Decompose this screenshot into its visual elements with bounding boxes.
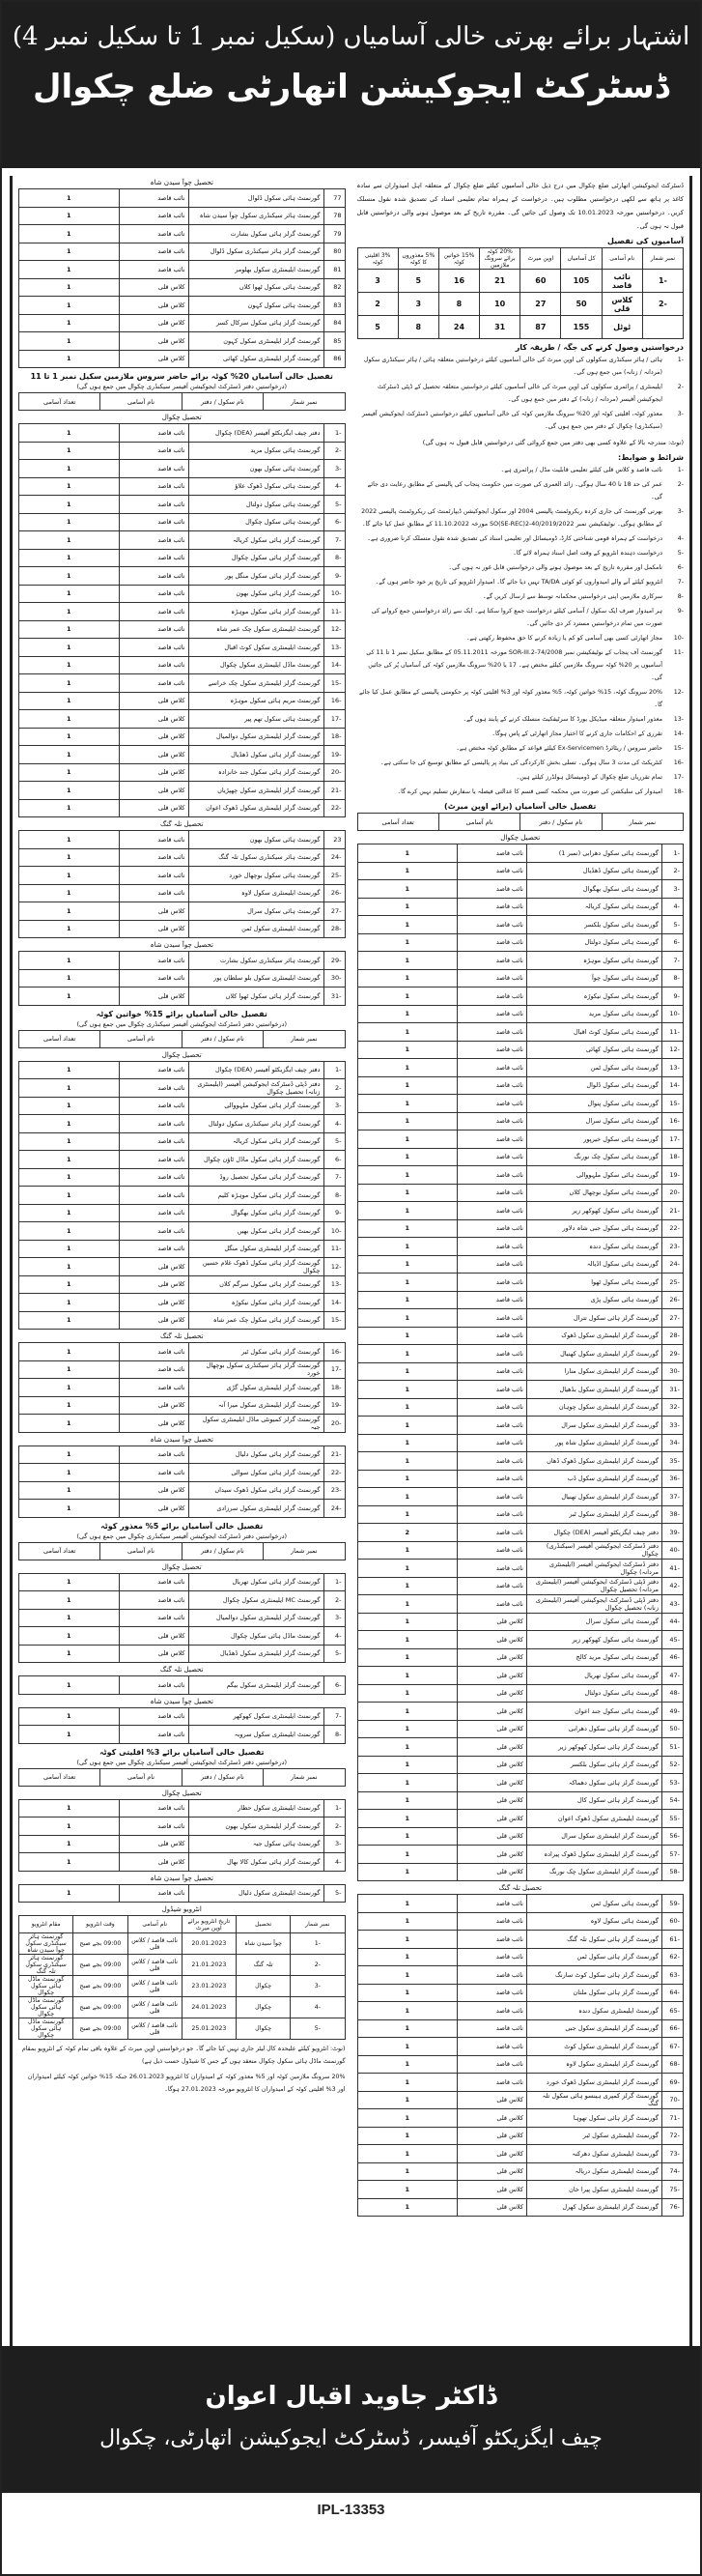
vacancy-cell: 1 [19, 1645, 120, 1663]
vacancy-cell: کلاس قلی [458, 1720, 527, 1738]
summary-cell: 5 [357, 316, 398, 339]
vacancy-cell: گورنمنٹ گرلز ہائی سکول بھیں [188, 1222, 323, 1241]
vacancy-cell: -6 [323, 513, 345, 531]
vacancy-cell: 1 [357, 1148, 458, 1166]
interview-cell: نائب قاصد / کلاس قلی [127, 1955, 182, 1976]
vacancy-cell: -13 [323, 639, 345, 657]
vacancy-cell: -50 [662, 1720, 684, 1738]
vacancy-cell: 1 [357, 1112, 458, 1131]
vacancy-cell: 1 [357, 1238, 458, 1256]
vacancy-cell: 1 [19, 424, 120, 443]
vacancy-cell: 1 [19, 314, 120, 332]
conditions-item: -3بھرتی گورنمنٹ کی جاری کردہ ریکروٹمنٹ پ… [357, 505, 685, 530]
submission-note: (نوٹ: مندرجہ بالا کے علاوہ کسی بھی دفتر … [357, 436, 685, 449]
women-quota-section: نمبر شمارنام سکول / دفترنام آسامیتعداد آ… [18, 1030, 346, 1518]
tehsil-heading: تحصیل چوآ سیدن شاہ [18, 1698, 346, 1705]
vacancy-cell: 1 [357, 1291, 458, 1309]
vacancy-row: -2گورنمنٹ ہائی سکول ڈھڈیالنائب قاصد1 [357, 862, 684, 880]
vacancy-row: -74گورنمنٹ ایلیمنٹری سکول دریالہکلاس قلی… [357, 2162, 684, 2181]
summary-cell: -1 [642, 270, 683, 293]
vacancy-cell: نائب قاصد [119, 1079, 188, 1098]
vacancy-row: -65گورنمنٹ ایلیمنٹری سکول دندہنائب قاصد1 [357, 2002, 684, 2020]
vacancy-cell: 1 [357, 1931, 458, 1949]
vacancy-cell: 1 [19, 1275, 120, 1294]
vacancy-row: -3گورنمنٹ گرلز ہائی سکول ملہووالینائب قا… [19, 1097, 346, 1115]
vacancy-cell: کلاس قلی [458, 1863, 527, 1881]
vacancy-cell: 1 [19, 477, 120, 496]
vacancy-cell: گورنمنٹ گرلز ایلیمنٹری سکول ڈھوک اعوان [188, 799, 323, 817]
vacancy-cell: 1 [19, 496, 120, 514]
vacancy-cell: گورنمنٹ ہائی سکول ڈلوال [527, 1076, 662, 1095]
conditions-item: -10مجاز اتھارٹی کسی بھی آسامی کو کم یا ز… [357, 632, 685, 644]
summary-cell: 10 [480, 293, 520, 316]
item-text: حاضر سروس / ریٹائرڈ Ex-Servicemen کیلئے … [456, 742, 662, 755]
summary-cell: 3 [357, 270, 398, 293]
vacancy-cell: گورنمنٹ گرلز ایلیمنٹری سکول سرزادی [188, 1500, 323, 1518]
vacancy-row: -25گورنمنٹ ہائی سکول بوچھال خوردنائب قاص… [19, 867, 346, 885]
vacancy-row: 78گورنمنٹ ہائر سیکنڈری سکول چوآ سیدن شاہ… [19, 207, 346, 225]
interview-row: -2تلہ گنگ21.01.2023نائب قاصد / کلاس قلی0… [19, 1955, 346, 1976]
vacancy-row: -63گورنمنٹ گرلز ہائی سکول کوٹ سارنگنائب … [357, 1966, 684, 1985]
vacancy-cell: -16 [323, 692, 345, 710]
vacancy-cell: نائب قاصد [458, 1948, 527, 1966]
ipl-number: IPL-13353 [2, 2491, 700, 2528]
vacancy-cell: -23 [323, 1481, 345, 1500]
vacancy-cell: -18 [323, 728, 345, 746]
interview-header-cell: تاریخ انٹرویو برائے اوپن میرٹ [182, 1916, 236, 1933]
item-number: -1 [668, 354, 684, 379]
vacancy-cell: نائب قاصد [119, 567, 188, 586]
vacancy-cell: 1 [357, 1095, 458, 1113]
vacancy-cell: -28 [662, 1327, 684, 1345]
vacancy-cell: -51 [662, 1738, 684, 1757]
vacancy-cell: -9 [323, 1204, 345, 1222]
vacancy-cell: گورنمنٹ گرلز ہائی سکول کوٹ سارنگ [527, 1966, 662, 1985]
vacancy-cell: -58 [662, 1863, 684, 1881]
vacancy-row: -5گورنمنٹ ہائی سکول بلکسرنائب قاصد1 [357, 916, 684, 934]
interview-row: -4چکوال24.01.2023نائب قاصد / کلاس قلی09:… [19, 1997, 346, 2018]
vacancy-table: -1دفتر چیف ایگزیکٹو آفیسر (DEA) چکوالنائ… [18, 423, 346, 817]
vacancy-cell: نائب قاصد [458, 1148, 527, 1166]
vacancy-cell: 1 [19, 799, 120, 817]
content-area: ڈسٹرکٹ ایجوکیشن اتھارٹی ضلع چکوال میں در… [2, 168, 700, 2346]
vacancy-cell: 1 [357, 2181, 458, 2199]
tehsil-heading: تحصیل چوآ سیدن شاہ [18, 1436, 346, 1444]
vacancy-table: -21گورنمنٹ گرلز ہائی سکول دلیالنائب قاصد… [18, 1445, 346, 1518]
vacancy-row: -56گورنمنٹ گرلز ایلیمنٹری سکول سرالکلاس … [357, 1827, 684, 1846]
vacancy-cell: گورنمنٹ ہائی سکول دندہ [527, 1238, 662, 1256]
vacancy-row: -45گورنمنٹ ہائی سکول کھوکھر زیرکلاس قلی1 [357, 1631, 684, 1649]
vacancy-cell: گورنمنٹ گرلز ہائی سکول موہڑہ [188, 603, 323, 621]
vacancy-cell: گورنمنٹ ہائی سکول جبہ [188, 1835, 323, 1853]
vacancy-header-cell: نمبر شمار [264, 1030, 345, 1047]
vacancy-cell: کلاس قلی [119, 278, 188, 297]
vacancy-cell: -63 [662, 1966, 684, 1985]
interview-cell: نائب قاصد / کلاس قلی [127, 1933, 182, 1955]
vacancy-cell: گورنمنٹ گرلز ایلیمنٹری سکول میرا آنہ [188, 1396, 323, 1415]
vacancy-cell: گورنمنٹ گرلز ایلیمنٹری سکول ڈھوک خورد [527, 2074, 662, 2092]
vacancy-cell: 1 [19, 1627, 120, 1646]
vacancy-cell: گورنمنٹ ہائی سکول دولتال [527, 933, 662, 952]
vacancy-cell: نائب قاصد [458, 862, 527, 880]
vacancy-cell: گورنمنٹ ہائی سکول سرال [527, 1613, 662, 1631]
vacancy-row: 82گورنمنٹ ہائی سکول ٹھوا کلاںکلاس قلی1 [19, 278, 346, 297]
vacancy-cell: نائب قاصد [119, 831, 188, 849]
vacancy-cell: گورنمنٹ گرلز ہائی سکول تھریال [188, 1573, 323, 1591]
vacancy-row: -67گورنمنٹ گرلز ایلیمنٹری سکول کوٹنائب ق… [357, 2038, 684, 2056]
vacancy-cell: 1 [357, 1505, 458, 1524]
vacancy-header-cell: تعداد آسامی [19, 393, 100, 411]
vacancy-cell: گورنمنٹ ہائی سکول ملہووالی [527, 1166, 662, 1185]
vacancy-cell: 1 [19, 867, 120, 885]
vacancy-cell: -25 [662, 1274, 684, 1292]
vacancy-header-row: نمبر شمارنام سکول / دفترنام آسامیتعداد آ… [19, 1542, 346, 1560]
vacancy-cell: -2 [662, 862, 684, 880]
vacancy-cell: گورنمنٹ ہائی سکول کھوکھر زیر [527, 1631, 662, 1649]
vacancy-cell: -19 [323, 746, 345, 764]
conditions-item: -4درخواست کے ہمراہ قومی شناختی کارڈ، ڈوم… [357, 532, 685, 545]
vacancy-cell: نائب قاصد [458, 1595, 527, 1614]
summary-header-cell: 20% کوٹہ برائے سرونگ ملازمین [480, 248, 520, 270]
conditions-item: -17تمام تقرریاں ضلع چکوال کے ڈومیسائل ہو… [357, 771, 685, 784]
vacancy-cell: گورنمنٹ گرلز ہائی سکول کال [527, 1791, 662, 1810]
vacancy-cell: 1 [19, 1360, 120, 1379]
vacancy-cell: 81 [323, 261, 345, 279]
interview-cell: 25.01.2023 [182, 2018, 236, 2040]
vacancy-cell: نائب قاصد [458, 1291, 527, 1309]
tehsil-heading: تحصیل چوآ سیدن شاہ [18, 1875, 346, 1882]
minority-quota-subtitle: (درخواستیں دفتر ڈسٹرکٹ ایجوکیشن آفیسر سی… [18, 1759, 346, 1766]
vacancy-cell: 1 [357, 1381, 458, 1399]
vacancy-row: -48گورنمنٹ ہائی سکول دولتالکلاس قلی1 [357, 1684, 684, 1703]
vacancy-row: -10گورنمنٹ ہائی سکول مریدنائب قاصد1 [357, 1005, 684, 1023]
vacancy-cell: 78 [323, 207, 345, 225]
vacancy-table: -16گورنمنٹ گرلز ہائی سکول ٹبرنائب قاصد1-… [18, 1342, 346, 1433]
vacancy-table: -1گورنمنٹ ہائی سکول دھرابی (نمبر 1)نائب … [357, 844, 685, 1881]
vacancy-cell: گورنمنٹ گرلز ہائی سکول چک عمر شاہ [188, 1311, 323, 1330]
vacancy-cell: کلاس قلی [119, 1294, 188, 1312]
summary-header-cell: کل آسامیاں [561, 248, 602, 270]
interview-cell: 21.01.2023 [182, 1955, 236, 1976]
vacancy-cell: نائب قاصد [119, 1591, 188, 1610]
vacancy-row: -23گورنمنٹ ہائی سکول دندہنائب قاصد1 [357, 1238, 684, 1256]
vacancy-table: 77گورنمنٹ ہائی سکول ڈلوالنائب قاصد178گور… [18, 188, 346, 368]
summary-body: -1نائب قاصد10560211653-2کلاس قلی50271083… [357, 270, 684, 339]
vacancy-cell: نائب قاصد [458, 1895, 527, 1913]
vacancy-cell: 1 [357, 2109, 458, 2128]
tehsil-heading: تحصیل چوآ سیدن شاہ [18, 179, 346, 186]
vacancy-row: -34گورنمنٹ گرلز ایلیمنٹری سکول شاہ پورنا… [357, 1434, 684, 1452]
vacancy-cell: -70 [662, 2091, 684, 2109]
vacancy-cell: 1 [357, 1631, 458, 1649]
vacancy-header-cell: نمبر شمار [264, 1542, 345, 1560]
vacancy-cell: گورنمنٹ ہائی سکول کریالہ [527, 898, 662, 916]
vacancy-row: -22گورنمنٹ گرلز ہائی سکول سوالینائب قاصد… [19, 1464, 346, 1482]
submission-list: -1ہائی / ہائر سیکنڈری سکولوں کی اوپن میر… [357, 354, 685, 433]
vacancy-cell: نائب قاصد [119, 225, 188, 243]
intro-paragraph: ڈسٹرکٹ ایجوکیشن اتھارٹی ضلع چکوال میں در… [357, 179, 685, 233]
vacancy-row: -22گورنمنٹ ہائی سکول جبی شاہ دلاورنائب ق… [357, 1219, 684, 1238]
vacancy-cell: -5 [323, 496, 345, 514]
vacancy-row: -32گورنمنٹ گرلز ایلیمنٹری سکول چوہاننائب… [357, 1398, 684, 1417]
vacancy-row: -60گورنمنٹ ہائی سکول لاوہنائب قاصد1 [357, 1912, 684, 1931]
tehsil-heading: تحصیل تلہ گنگ [18, 1666, 346, 1674]
vacancy-row: -35گورنمنٹ گرلز ایلیمنٹری سکول ڈھوک ڈھاں… [357, 1452, 684, 1471]
vacancy-row: -3گورنمنٹ ہائی سکول جبہکلاس قلی1 [19, 1835, 346, 1853]
vacancy-cell: گورنمنٹ ہائی سکول ٹھوا [527, 1274, 662, 1292]
item-text: 20% سرونگ کوٹہ، 15% خواتین کوٹہ، 5% معذو… [357, 686, 663, 711]
vacancy-row: -20گورنمنٹ گرلز ہائی سکول جند خانزادہکلا… [19, 763, 346, 782]
vacancy-cell: 2 [357, 1524, 458, 1542]
vacancy-row: 85گورنمنٹ گرلز ایلیمنٹری سکول کہونکلاس ق… [19, 332, 346, 351]
women-quota-subtitle: (درخواستیں دفتر ڈسٹرکٹ ایجوکیشن آفیسر سی… [18, 1020, 346, 1028]
item-text: تقرری کے احکامات جاری کرنے کا اختیار مجا… [491, 728, 662, 740]
vacancy-header-cell: نام سکول / دفتر [182, 1542, 263, 1560]
submission-item: -3معذور کوٹہ، اقلیتی کوٹہ اور 20% سرونگ … [357, 408, 685, 433]
vacancy-cell: گورنمنٹ گرلز ہائی سکول سرکال کسر [188, 314, 323, 332]
vacancy-cell: 84 [323, 314, 345, 332]
vacancy-row: -11گورنمنٹ گرلز ایلیمنٹری سکول منگلنائب … [19, 1240, 346, 1258]
vacancy-cell: نائب قاصد [458, 952, 527, 970]
summary-cell: 2 [357, 293, 398, 316]
submission-item: -1ہائی / ہائر سیکنڈری سکولوں کی اوپن میر… [357, 354, 685, 379]
vacancy-cell: کلاس قلی [119, 782, 188, 800]
vacancy-table: 23گورنمنٹ ہائی سکول بھوننائب قاصد1-24گور… [18, 830, 346, 938]
vacancy-row: -29گورنمنٹ ہائر سیکنڈری سکول بشارتنائب ق… [19, 952, 346, 970]
vacancy-cell: نائب قاصد [119, 867, 188, 885]
vacancy-cell: گورنمنٹ ہائی سکول بھون [188, 831, 323, 849]
vacancy-cell: نائب قاصد [119, 1464, 188, 1482]
vacancy-header-row: نمبر شمارنام سکول / دفترنام آسامیتعداد آ… [19, 393, 346, 411]
vacancy-cell: 1 [357, 1434, 458, 1452]
vacancy-cell: 1 [357, 952, 458, 970]
vacancy-cell: کلاس قلی [119, 1396, 188, 1415]
vacancy-cell: نائب قاصد [119, 513, 188, 531]
vacancy-cell: گورنمنٹ گرلز ہائی سکول دلیال [188, 1445, 323, 1464]
vacancy-cell: 1 [357, 862, 458, 880]
vacancy-cell: گورنمنٹ گرلز ایلیمنٹری سکول گڑی [188, 1379, 323, 1397]
vacancy-cell: نائب قاصد [458, 1184, 527, 1202]
vacancy-cell: -11 [323, 603, 345, 621]
tehsil-heading: تحصیل چکوال [18, 1051, 346, 1059]
vacancy-cell: 1 [357, 1488, 458, 1506]
details-heading: آسامیوں کی تفصیل [357, 237, 685, 245]
vacancy-cell: -2 [323, 1818, 345, 1836]
vacancy-cell: -24 [662, 1255, 684, 1274]
interview-cell: 09:00 بجے صبح [73, 1997, 127, 2018]
vacancy-cell: نائب قاصد [458, 2074, 527, 2092]
vacancy-cell: گورنمنٹ ایلیمنٹری سکول ڈھوک اعوان [527, 1810, 662, 1828]
tehsil-heading: تحصیل تلہ گنگ [357, 1884, 685, 1892]
vacancy-cell: کلاس قلی [458, 2127, 527, 2145]
vacancy-row: -1گورنمنٹ ہائی سکول دھرابی (نمبر 1)نائب … [357, 844, 684, 863]
vacancy-cell: کلاس قلی [119, 1853, 188, 1872]
vacancy-row: -5گورنمنٹ ہائی سکول دولتالنائب قاصد1 [19, 496, 346, 514]
vacancy-cell: گورنمنٹ ہائی سکول چوآ [527, 969, 662, 987]
item-number: -1 [668, 464, 684, 476]
interview-body: -1چوآ سیدن شاہ20.01.2023نائب قاصد / کلاس… [19, 1933, 346, 2040]
vacancy-cell: گورنمنٹ ہائی سکول کھوکھر زیر [527, 1202, 662, 1220]
conditions-item: -9ہر امیدوار صرف ایک سکول / آسامی کیلئے … [357, 605, 685, 630]
vacancy-cell: -4 [323, 477, 345, 496]
vacancy-cell: کلاس قلی [119, 710, 188, 729]
vacancy-row: -52گورنمنٹ گرلز ہائی سکول بلکسرکلاس قلی1 [357, 1756, 684, 1774]
vacancy-row: -3گورنمنٹ ہائی سکول بھوننائب قاصد1 [19, 460, 346, 478]
tehsil-heading: تحصیل تلہ گنگ [18, 1332, 346, 1340]
vacancy-cell: -32 [662, 1398, 684, 1417]
vacancy-cell: 1 [19, 620, 120, 639]
vacancy-cell: 1 [19, 1222, 120, 1241]
vacancy-cell: گورنمنٹ ایلیمنٹری سکول ٹمن [188, 920, 323, 938]
conditions-item: -2عمر کی حد 18 تا 40 سال ہوگی۔ زائد العم… [357, 478, 685, 503]
conditions-item: -14تقرری کے احکامات جاری کرنے کا اختیار … [357, 728, 685, 740]
summary-header-cell: نمبر شمار [642, 248, 683, 270]
summary-header-cell: 15% خواتین کوٹہ [438, 248, 479, 270]
vacancy-cell: دفتر ڈسٹرکٹ ایجوکیشن آفیسر (سیکنڈری) چکو… [527, 1541, 662, 1560]
vacancy-row: 79گورنمنٹ گرلز ہائی سکول بشارتنائب قاصد1 [19, 225, 346, 243]
vacancy-row: -68گورنمنٹ گرلز ایلیمنٹری سکول لاوہنائب … [357, 2055, 684, 2074]
vacancy-cell: 1 [19, 278, 120, 297]
vacancy-cell: 1 [19, 1061, 120, 1079]
vacancy-cell: گورنمنٹ گرلز ایلیمنٹری سکول ڈب [527, 1470, 662, 1488]
vacancy-cell: -10 [323, 585, 345, 603]
vacancy-cell: -57 [662, 1846, 684, 1864]
disabled-quota-subtitle: (درخواستیں دفتر ڈسٹرکٹ ایجوکیشن آفیسر سی… [18, 1532, 346, 1540]
conditions-item: -8سرکاری ملازمین اپنی درخواستیں محکمانہ … [357, 590, 685, 603]
vacancy-cell: 1 [357, 1810, 458, 1828]
vacancy-header-table: نمبر شمارنام سکول / دفترنام آسامیتعداد آ… [18, 392, 346, 411]
vacancy-row: -1دفتر چیف ایگزیکٹو آفیسر (DEA) چکوالنائ… [19, 1061, 346, 1079]
vacancy-cell: گورنمنٹ ہائی سکول جند اعوان [527, 1703, 662, 1721]
vacancy-cell: 1 [357, 1738, 458, 1757]
vacancy-cell: 1 [19, 952, 120, 970]
vacancy-cell: 1 [19, 1168, 120, 1187]
vacancy-cell: 1 [357, 898, 458, 916]
vacancy-cell: گورنمنٹ گرلز ایلیمنٹری سکول چک خراسے [188, 674, 323, 693]
vacancy-cell: -7 [662, 952, 684, 970]
summary-cell: 155 [561, 316, 602, 339]
vacancy-cell: -36 [662, 1470, 684, 1488]
vacancy-cell: نائب قاصد [119, 1151, 188, 1169]
vacancy-cell: گورنمنٹ ایلیمنٹری سکول دھرکنہ [527, 2145, 662, 2163]
vacancy-cell: نائب قاصد [458, 844, 527, 863]
vacancy-row: -18گورنمنٹ ہائی سکول چک نورنگنائب قاصد1 [357, 1148, 684, 1166]
vacancy-row: -16گورنمنٹ گرلز ہائی سکول ٹبرنائب قاصد1 [19, 1343, 346, 1361]
vacancy-row: -11گورنمنٹ ہائی سکول کوٹ اقبالنائب قاصد1 [357, 1023, 684, 1042]
vacancy-cell: گورنمنٹ گرلز ایلیمنٹری سکول دوالمیال [188, 728, 323, 746]
vacancy-cell: 1 [357, 1059, 458, 1077]
vacancy-cell: دفتر ڈپٹی ڈسٹرکٹ ایجوکیشن آفیسر (ایلیمنٹ… [188, 1079, 323, 1098]
vacancy-cell: نائب قاصد [119, 477, 188, 496]
vacancy-cell: -6 [323, 1676, 345, 1695]
vacancy-cell: گورنمنٹ گرلز ایلیمنٹری سکول شاہ پور [527, 1434, 662, 1452]
vacancy-cell: کلاس قلی [119, 332, 188, 351]
vacancy-cell: 1 [19, 1464, 120, 1482]
vacancy-cell: گورنمنٹ گرلز ہائر سیکنڈری سکول بوچھال خو… [188, 1360, 323, 1379]
vacancy-cell: گورنمنٹ ہائی سکول خیرپور [527, 1131, 662, 1149]
vacancy-cell: -10 [323, 1222, 345, 1241]
vacancy-cell: 79 [323, 225, 345, 243]
vacancy-row: -76گورنمنٹ گرلز ایلیمنٹری سکول کھرلکلاس … [357, 2198, 684, 2217]
vacancy-cell: نائب قاصد [458, 2019, 527, 2038]
vacancy-cell: 1 [19, 969, 120, 987]
vacancy-cell: نائب قاصد [458, 1541, 527, 1560]
item-text: درخواست کے ہمراہ قومی شناختی کارڈ، ڈومیس… [367, 532, 662, 545]
conditions-item: -6نامکمل اور مقررہ تاریخ کے بعد موصول ہو… [357, 561, 685, 574]
submission-heading: درخواستیں وصول کرنے کی جگہ / طریقہ کار [357, 343, 685, 352]
conditions-item: -5درخواست دہندہ انٹرویو کے وقت اصل اسناد… [357, 547, 685, 559]
vacancy-cell: 1 [19, 1500, 120, 1518]
vacancy-cell: کلاس قلی [458, 1648, 527, 1667]
vacancy-cell: 1 [19, 585, 120, 603]
vacancy-cell: -15 [662, 1095, 684, 1113]
interview-cell: گورنمنٹ ماڈل ہائی سکول چکوال [19, 1997, 73, 2018]
vacancy-cell: کلاس قلی [119, 1835, 188, 1853]
vacancy-cell: 1 [19, 261, 120, 279]
vacancy-cell: 1 [19, 1240, 120, 1258]
item-number: -13 [668, 713, 684, 726]
vacancy-cell: 1 [19, 1481, 120, 1500]
vacancy-cell: -10 [662, 1005, 684, 1023]
vacancy-cell: 1 [19, 1132, 120, 1151]
summary-cell: 8 [438, 293, 479, 316]
interview-cell: -2 [291, 1955, 345, 1976]
item-text: بھرتی گورنمنٹ کی جاری کردہ ریکروٹمنٹ پال… [357, 505, 663, 530]
vacancy-row: -3گورنمنٹ گرلز ایلیمنٹری سکول دوالمیالنا… [19, 1609, 346, 1627]
interview-note: (نوٹ: انٹرویو کیلئے علیحدہ کال لیٹر جاری… [18, 2043, 346, 2068]
vacancy-row: 81گورنمنٹ ایلیمنٹری سکول بھلومرنائب قاصد… [19, 261, 346, 279]
item-number: -8 [668, 590, 684, 603]
vacancy-cell: گورنمنٹ ہائی سکول بھون [188, 460, 323, 478]
right-column: ڈسٹرکٹ ایجوکیشن اتھارٹی ضلع چکوال میں در… [353, 176, 693, 2346]
vacancy-cell: نائب قاصد [458, 1166, 527, 1185]
vacancy-cell: کلاس قلی [458, 2198, 527, 2217]
vacancy-cell: -53 [662, 1774, 684, 1792]
vacancy-cell: -3 [662, 880, 684, 899]
vacancy-cell: 77 [323, 189, 345, 208]
vacancy-cell: گورنمنٹ گرلز ایلیمنٹری سکول چوہان [527, 1398, 662, 1417]
conditions-item: -1نائب قاصد و کلاس قلی کیلئے تعلیمی قابل… [357, 464, 685, 476]
vacancy-cell: گورنمنٹ ہائی سکول دولتال [188, 496, 323, 514]
vacancy-cell: کلاس قلی [119, 1258, 188, 1276]
summary-cell: 105 [561, 270, 602, 293]
vacancy-cell: -1 [323, 424, 345, 443]
vacancy-cell: -11 [662, 1023, 684, 1042]
item-text: کنٹریکٹ کی مدت 3 سال ہوگی۔ تسلی بخش کارک… [380, 757, 662, 769]
vacancy-row: -8گورنمنٹ ہائی سکول چوآنائب قاصد1 [357, 969, 684, 987]
vacancy-row: -36گورنمنٹ گرلز ایلیمنٹری سکول ڈبنائب قا… [357, 1470, 684, 1488]
vacancy-row: -62گورنمنٹ گرلز ہائی سکول ٹمننائب قاصد1 [357, 1948, 684, 1966]
vacancy-cell: -27 [323, 902, 345, 921]
vacancy-cell: نائب قاصد [458, 933, 527, 952]
vacancy-cell: نائب قاصد [458, 1095, 527, 1113]
vacancy-cell: کلاس قلی [458, 1613, 527, 1631]
vacancy-cell: دفتر ڈپٹی ڈسٹرکٹ ایجوکیشن آفیسر (ایلیمنٹ… [527, 1595, 662, 1614]
vacancy-cell: گورنمنٹ گرلز ایلیمنٹری سکول سرال [527, 1417, 662, 1435]
vacancy-row: -66گورنمنٹ گرلز ایلیمنٹری سکول جبینائب ق… [357, 2019, 684, 2038]
item-number: -18 [668, 786, 684, 798]
vacancy-cell: نائب قاصد [119, 1676, 188, 1695]
vacancy-cell: -62 [662, 1948, 684, 1966]
vacancy-cell: -4 [662, 898, 684, 916]
vacancy-row: -12گورنمنٹ ایلیمنٹری سکول چک عمر شاہنائب… [19, 620, 346, 639]
vacancy-row: -5گورنمنٹ گرلز ہائی سکول کریالہنائب قاصد… [19, 1132, 346, 1151]
vacancy-cell: -31 [662, 1381, 684, 1399]
vacancy-cell: گورنمنٹ گرلز ایلیمنٹری سکول ڈھڈیال [188, 1645, 323, 1663]
summary-row: -1نائب قاصد10560211653 [357, 270, 684, 293]
vacancy-cell: -5 [323, 1884, 345, 1903]
vacancy-cell: گورنمنٹ گرلز ایلیمنٹری سکول کوٹ [527, 2038, 662, 2056]
